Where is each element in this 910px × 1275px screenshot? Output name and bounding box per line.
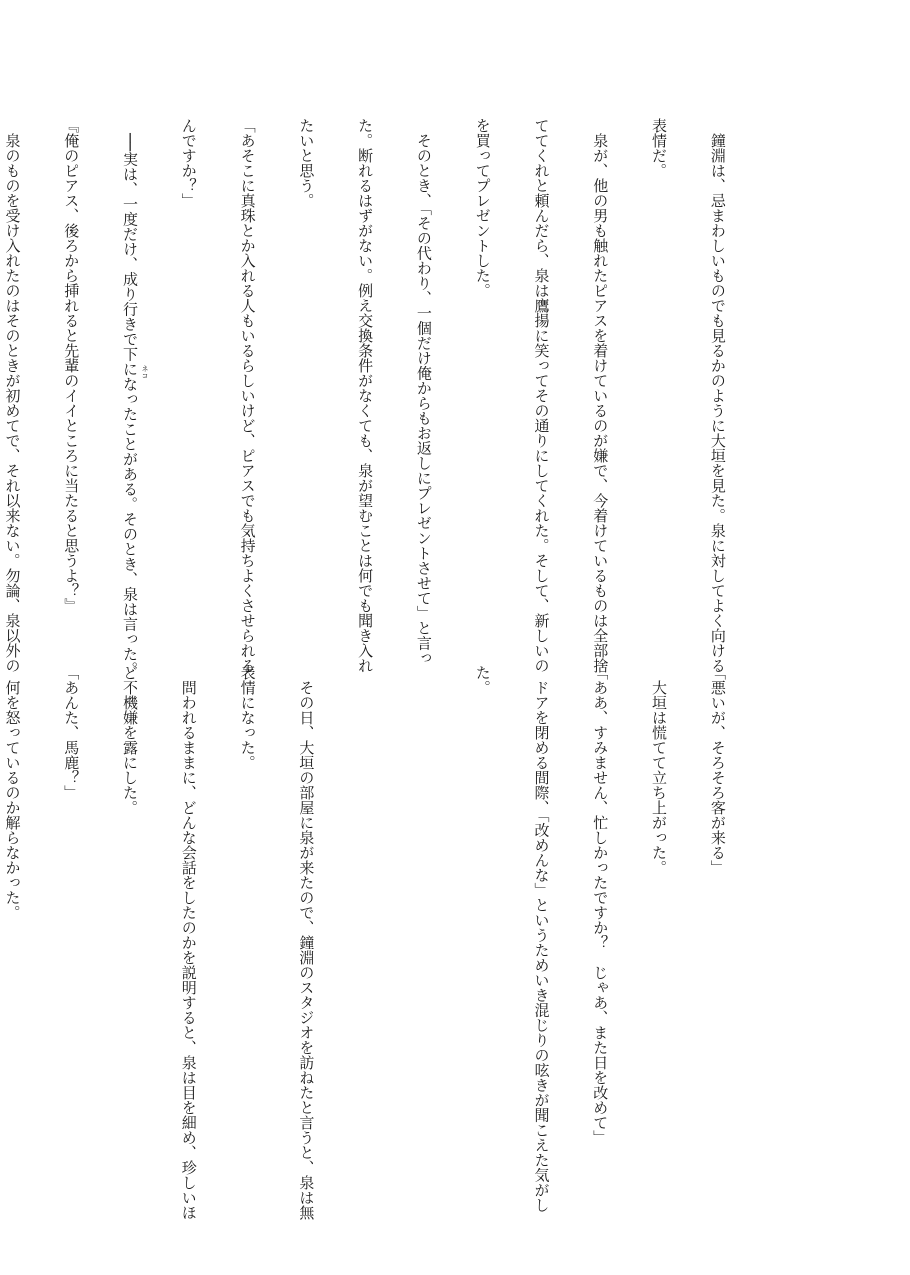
ruby-annotation: ネコ	[141, 365, 148, 379]
text-line: ──実は、一度だけ、成り行きで下になったことがある。そのとき、泉は言った。	[121, 118, 139, 676]
text-line: 表情だ。	[648, 118, 668, 630]
text-line: ててくれと頼んだら、泉は鷹揚に笑ってその通りにしてくれた。そして、新しいの	[531, 118, 551, 630]
text-line: 鐘淵は、忌まわしいものでも見るかのように大垣を見た。泉に対してよく向ける	[707, 118, 727, 630]
text-line: た。	[472, 665, 492, 1177]
text-line-with-ruby: ──実は、一度だけ、成り行きで下になったことがある。そのとき、泉は言った。ネコ	[119, 118, 139, 630]
text-line: 「ああ、すみません、忙しかったですか？ じゃあ、また日を改めて」	[590, 665, 610, 1177]
text-line: そのとき、「その代わり、一個だけ俺からもお返しにプレゼントさせて」と言っ	[413, 118, 433, 630]
text-block-top: 鐘淵は、忌まわしいものでも見るかのように大垣を見た。泉に対してよく向ける 表情だ…	[0, 118, 766, 630]
text-line: を買ってプレゼントした。	[472, 118, 492, 630]
text-line: 「悪いが、そろそろ客が来る」	[707, 665, 727, 1177]
text-line: ど不機嫌を露にした。	[119, 665, 139, 1177]
text-line: 泉が、他の男も触れたピアスを着けているのが嫌で、今着けているものは全部捨	[590, 118, 610, 630]
text-line: その日、大垣の部屋に泉が来たので、鐘淵のスタジオを訪ねたと言うと、泉は無	[296, 665, 316, 1177]
text-line: たいと思う。	[296, 118, 316, 630]
book-page: 鐘淵は、忌まわしいものでも見るかのように大垣を見た。泉に対してよく向ける 表情だ…	[0, 0, 910, 1275]
text-line: 何を怒っているのか解らなかった。	[2, 665, 22, 1177]
text-line: 『俺のピアス、後ろから挿れると先輩のイイところに当たると思うよ？』	[61, 118, 81, 630]
blank-line	[355, 665, 375, 1177]
text-line: 大垣は慌てて立ち上がった。	[648, 665, 668, 1177]
blank-line	[413, 665, 433, 1177]
text-block-bottom: 「悪いが、そろそろ客が来る」 大垣は慌てて立ち上がった。 「ああ、すみません、忙…	[0, 665, 766, 1177]
text-line: ドアを閉める間際、「改めんな」というためいき混じりの呟きが聞こえた気がし	[531, 665, 551, 1177]
text-line: 表情になった。	[237, 665, 257, 1177]
text-line: 泉のものを受け入れたのはそのときが初めてで、それ以来ない。勿論、泉以外の	[2, 118, 22, 630]
text-line: 「あんた、馬鹿？」	[61, 665, 81, 1177]
text-line: んですか？」	[178, 118, 198, 630]
text-line: た。断れるはずがない。例え交換条件がなくても、泉が望むことは何でも聞き入れ	[355, 118, 375, 630]
text-line: 「あそこに真珠とか入れる人もいるらしいけど、ピアスでも気持ちよくさせられる	[237, 118, 257, 630]
text-line: 問われるままに、どんな会話をしたのかを説明すると、泉は目を細め、珍しいほ	[178, 665, 198, 1177]
